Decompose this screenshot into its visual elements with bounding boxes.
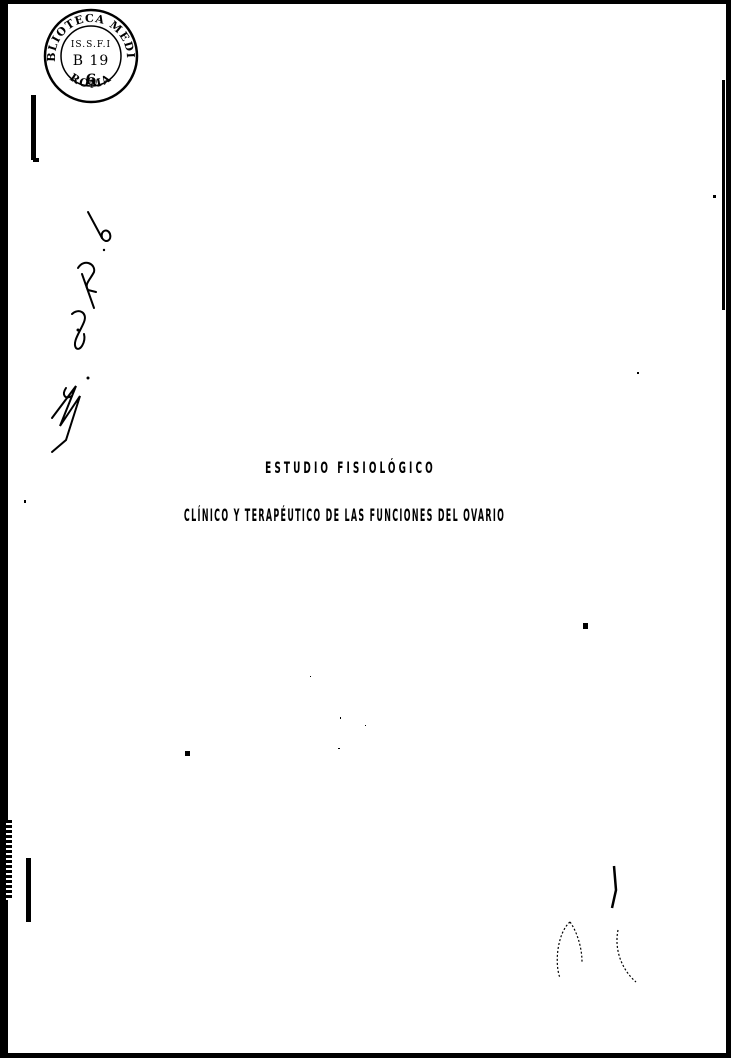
stamp-shelfmark-line2: B 19	[43, 53, 139, 69]
stamp-shelfmark-line1: IS.S.F.I	[43, 40, 139, 50]
scan-border-right	[726, 0, 731, 1058]
ink-speck	[310, 676, 311, 677]
ink-speck	[185, 751, 190, 756]
scan-border-right-shadow	[722, 80, 725, 310]
ink-speck	[24, 500, 26, 503]
ink-speck	[637, 372, 639, 374]
ink-speck	[340, 717, 341, 719]
scanned-page: BIBLIOTECA MEDICA ROMA IS.S.F.I B 19 6 E…	[0, 0, 731, 1058]
binding-mark-bottom	[26, 858, 31, 922]
binding-mark-top	[31, 95, 36, 160]
handwritten-shelfmark-icon	[30, 190, 130, 470]
ink-speck	[338, 748, 340, 749]
scan-border-top	[0, 0, 731, 4]
library-stamp: BIBLIOTECA MEDICA ROMA IS.S.F.I B 19 6	[43, 8, 139, 104]
ink-speck	[713, 195, 716, 198]
ink-speck	[583, 623, 588, 629]
ink-speck	[365, 725, 366, 726]
scan-border-bottom	[0, 1053, 731, 1058]
handwritten-note-bottom-icon	[540, 860, 660, 990]
binding-mark-top-foot	[33, 158, 39, 162]
scan-border-left-texture	[6, 820, 12, 900]
document-title-line2: CLÍNICO Y TERAPÉUTICO DE LAS FUNCIONES D…	[155, 506, 535, 526]
document-title-line1: ESTUDIO FISIOLÓGICO	[124, 458, 577, 477]
stamp-shelfmark-line3: 6	[43, 70, 139, 89]
